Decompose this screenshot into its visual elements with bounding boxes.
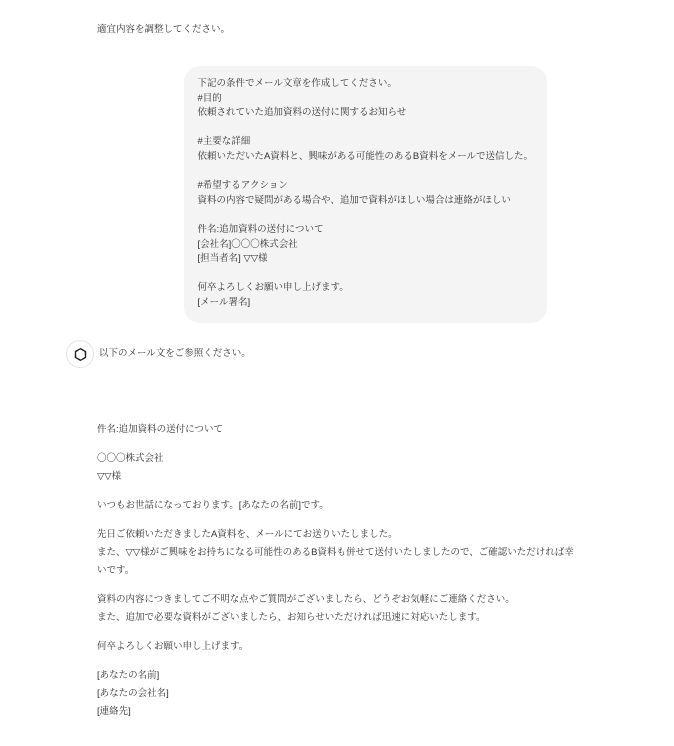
email-draft: 件名:追加資料の送付について〇〇〇株式会社▽▽様いつもお世話になっております。[… <box>97 421 579 732</box>
email-paragraph: 件名:追加資料の送付について <box>97 421 579 439</box>
email-paragraph: いつもお世話になっております。[あなたの名前]です。 <box>97 497 579 515</box>
email-paragraph: 資料の内容につきましてご不明な点やご質問がございましたら、どうぞお気軽にご連絡く… <box>97 591 579 627</box>
openai-logo-icon <box>73 347 88 362</box>
email-paragraph: [あなたの名前][あなたの会社名][連絡先] <box>97 667 579 721</box>
email-paragraph: 先日ご依頼いただきましたA資料を、メールにてお送りいたしました。また、▽▽様がご… <box>97 526 579 580</box>
user-message-bubble: 下記の条件でメール文章を作成してください。 #目的 依頼されていた追加資料の送付… <box>184 66 547 323</box>
assistant-intro-text: 以下のメール文をご参照ください。 <box>99 346 251 361</box>
assistant-avatar <box>66 340 94 368</box>
assistant-context-note: 適宜内容を調整してください。 <box>97 23 230 36</box>
user-message-text: 下記の条件でメール文章を作成してください。 #目的 依頼されていた追加資料の送付… <box>198 77 533 311</box>
chat-transcript: 適宜内容を調整してください。 下記の条件でメール文章を作成してください。 #目的… <box>0 0 674 746</box>
email-paragraph: 〇〇〇株式会社▽▽様 <box>97 450 579 486</box>
email-paragraph: 何卒よろしくお願い申し上げます。 <box>97 638 579 656</box>
